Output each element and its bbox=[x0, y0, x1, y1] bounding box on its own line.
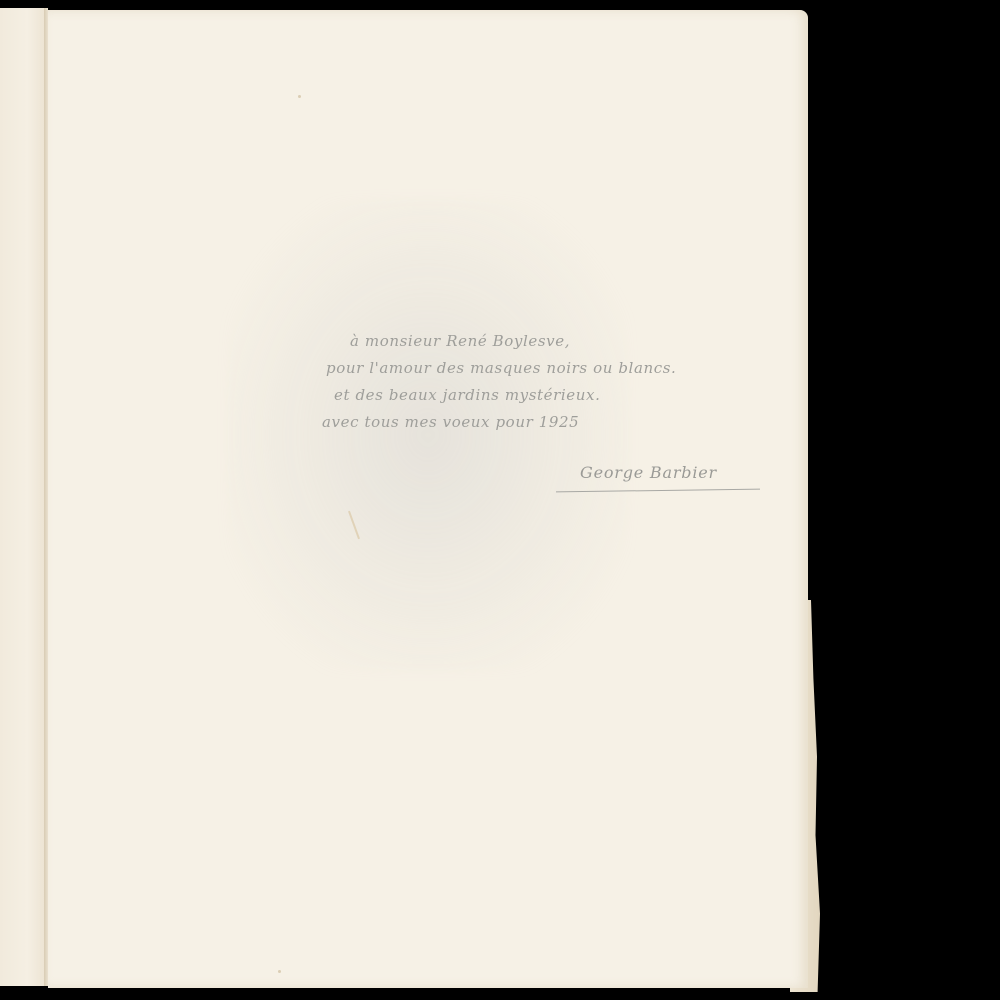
foxing-spot bbox=[298, 95, 301, 98]
dedication-line: pour l'amour des masques noirs ou blancs… bbox=[322, 355, 742, 382]
author-signature: George Barbier bbox=[580, 463, 717, 482]
handwritten-dedication: à monsieur René Boylesve, pour l'amour d… bbox=[322, 328, 742, 436]
scanned-book-spread: à monsieur René Boylesve, pour l'amour d… bbox=[0, 0, 1000, 1000]
dedication-line: et des beaux jardins mystérieux. bbox=[322, 382, 742, 409]
dedication-line: à monsieur René Boylesve, bbox=[322, 328, 742, 355]
foxing-spot bbox=[278, 970, 281, 973]
dedication-line: avec tous mes voeux pour 1925 bbox=[322, 409, 742, 436]
flyleaf-page bbox=[48, 10, 808, 988]
left-page-leaf bbox=[0, 8, 47, 986]
